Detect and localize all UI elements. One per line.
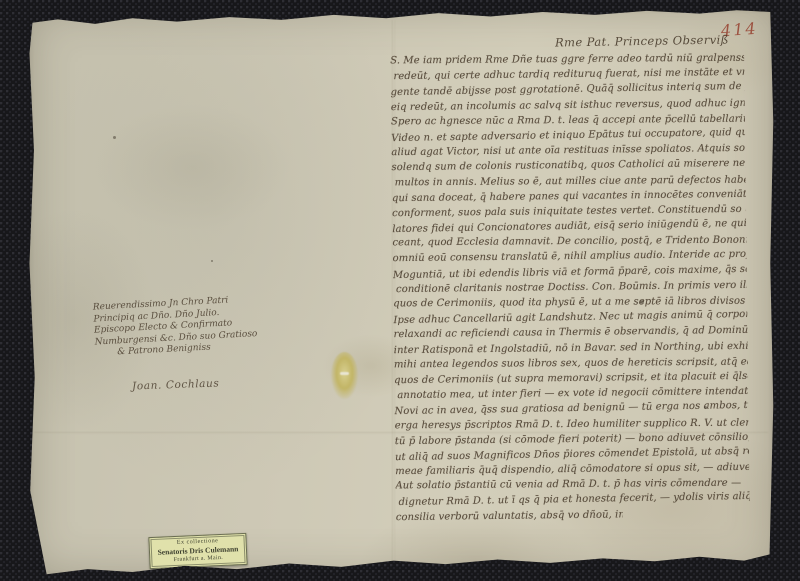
paper-speck xyxy=(211,260,213,262)
paper-speck xyxy=(640,300,644,304)
letter-heading: Rme Pat. Princeps Observiß xyxy=(555,32,729,49)
letter-body: S. Me iam pridem Rme Dñe tuas ggre ferre… xyxy=(390,50,750,524)
address-block: Reuerendissimo Jn Chro Patri Principiq a… xyxy=(93,293,271,360)
paper-speck xyxy=(113,136,116,139)
signature: Joan. Cochlaus xyxy=(132,377,220,392)
seal-slit xyxy=(340,372,349,375)
photograph-backdrop: { "archival": { "folio_number": "414" },… xyxy=(0,0,800,581)
paper-speck xyxy=(704,406,707,409)
collection-label: Ex collectione Senatoris Dris Culemann F… xyxy=(148,533,247,569)
manuscript-line: consilia verborū valuntatis, absq̄ vo dñ… xyxy=(396,507,623,524)
wax-seal-remnant xyxy=(331,352,358,399)
manuscript-sheet: 414 Rme Pat. Princeps Observiß S. Me iam… xyxy=(28,8,774,576)
